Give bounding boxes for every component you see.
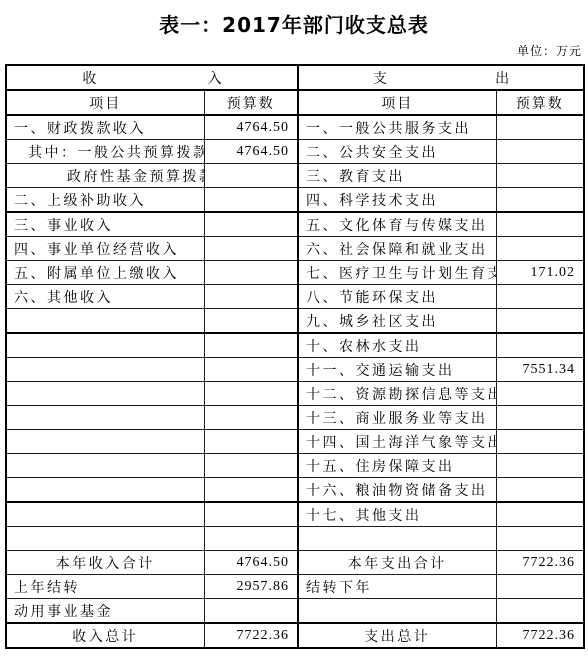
expense-item-cell: 十三、商业服务业等支出 [298, 406, 496, 430]
table-row [6, 527, 584, 551]
expense-item-header: 项目 [298, 90, 496, 115]
table-row: 收入总计7722.36支出总计7722.36 [6, 623, 584, 648]
expense-budget-cell [496, 502, 584, 527]
expense-budget-cell [496, 188, 584, 213]
income-budget-cell [204, 382, 298, 406]
expense-budget-cell: 7722.36 [496, 623, 584, 648]
table-row: 本年收入合计4764.50本年支出合计7722.36 [6, 551, 584, 575]
expense-budget-cell [496, 333, 584, 358]
income-budget-cell [204, 599, 298, 624]
income-item-cell [6, 502, 204, 527]
table-row: 十六、粮油物资储备支出 [6, 478, 584, 503]
expense-section-header: 支 出 [298, 65, 584, 90]
income-budget-cell [204, 188, 298, 213]
income-item-cell [6, 333, 204, 358]
income-budget-cell [204, 478, 298, 503]
expense-item-cell: 十五、住房保障支出 [298, 454, 496, 478]
expense-item-cell: 一、一般公共服务支出 [298, 115, 496, 140]
income-budget-cell [204, 285, 298, 309]
income-item-cell [6, 430, 204, 454]
table-row: 十二、资源勘探信息等支出 [6, 382, 584, 406]
column-header-row: 项目 预算数 项目 预算数 [6, 90, 584, 115]
income-item-cell [6, 382, 204, 406]
expense-budget-cell [496, 212, 584, 237]
income-item-cell: 动用事业基金 [6, 599, 204, 624]
table-row: 十、农林水支出 [6, 333, 584, 358]
expense-item-cell: 十一、交通运输支出 [298, 358, 496, 382]
section-header-row: 收 入 支 出 [6, 65, 584, 90]
expense-item-cell: 四、科学技术支出 [298, 188, 496, 213]
expense-budget-cell [496, 164, 584, 188]
table-row: 十七、其他支出 [6, 502, 584, 527]
income-item-cell: 收入总计 [6, 623, 204, 648]
income-budget-cell [204, 333, 298, 358]
budget-table: 收 入 支 出 项目 预算数 项目 预算数 一、财政拨款收入4764.50一、一… [5, 64, 585, 649]
income-budget-cell [204, 212, 298, 237]
income-item-cell: 四、事业单位经营收入 [6, 237, 204, 261]
income-budget-cell: 7722.36 [204, 623, 298, 648]
income-budget-cell [204, 454, 298, 478]
expense-budget-cell [496, 599, 584, 624]
expense-item-cell: 十四、国土海洋气象等支出 [298, 430, 496, 454]
income-item-cell: 本年收入合计 [6, 551, 204, 575]
table-row: 上年结转2957.86结转下年 [6, 575, 584, 599]
expense-budget-cell [496, 575, 584, 599]
table-row: 十三、商业服务业等支出 [6, 406, 584, 430]
income-budget-cell [204, 502, 298, 527]
income-budget-cell [204, 430, 298, 454]
expense-budget-cell [496, 115, 584, 140]
income-budget-cell [204, 527, 298, 551]
expense-budget-cell: 171.02 [496, 261, 584, 285]
income-section-header: 收 入 [6, 65, 298, 90]
expense-header-char-1: 支 [373, 68, 387, 88]
income-budget-cell: 4764.50 [204, 140, 298, 164]
income-item-header: 项目 [6, 90, 204, 115]
income-budget-header: 预算数 [204, 90, 298, 115]
income-item-cell: 其中：一般公共预算拨款 [6, 140, 204, 164]
income-item-cell [6, 478, 204, 503]
expense-budget-cell [496, 285, 584, 309]
income-budget-cell [204, 358, 298, 382]
table-row: 五、附属单位上缴收入七、医疗卫生与计划生育支出171.02 [6, 261, 584, 285]
expense-item-cell: 二、公共安全支出 [298, 140, 496, 164]
income-budget-cell: 2957.86 [204, 575, 298, 599]
income-item-cell [6, 454, 204, 478]
income-item-cell [6, 309, 204, 334]
page-title: 表一：2017年部门收支总表 [0, 9, 588, 38]
table-row: 政府性基金预算拨款三、教育支出 [6, 164, 584, 188]
income-budget-cell: 4764.50 [204, 551, 298, 575]
table-row: 十一、交通运输支出7551.34 [6, 358, 584, 382]
income-budget-cell [204, 406, 298, 430]
income-item-cell [6, 527, 204, 551]
expense-budget-cell [496, 478, 584, 503]
expense-item-cell: 三、教育支出 [298, 164, 496, 188]
expense-budget-cell [496, 237, 584, 261]
table-row: 二、上级补助收入四、科学技术支出 [6, 188, 584, 213]
budget-report-page: 表一：2017年部门收支总表 单位：万元 收 入 支 出 [0, 0, 588, 656]
expense-budget-header: 预算数 [496, 90, 584, 115]
income-budget-cell: 4764.50 [204, 115, 298, 140]
income-item-cell: 二、上级补助收入 [6, 188, 204, 213]
expense-budget-cell [496, 309, 584, 334]
table-row: 六、其他收入八、节能环保支出 [6, 285, 584, 309]
table-row: 动用事业基金 [6, 599, 584, 624]
table-row: 十四、国土海洋气象等支出 [6, 430, 584, 454]
expense-header-char-2: 出 [495, 68, 509, 88]
table-row: 九、城乡社区支出 [6, 309, 584, 334]
expense-item-cell: 十六、粮油物资储备支出 [298, 478, 496, 503]
table-row: 三、事业收入五、文化体育与传媒支出 [6, 212, 584, 237]
expense-item-cell: 十二、资源勘探信息等支出 [298, 382, 496, 406]
table-row: 一、财政拨款收入4764.50一、一般公共服务支出 [6, 115, 584, 140]
income-item-cell: 上年结转 [6, 575, 204, 599]
income-budget-cell [204, 237, 298, 261]
expense-item-cell: 九、城乡社区支出 [298, 309, 496, 334]
expense-item-cell: 十七、其他支出 [298, 502, 496, 527]
expense-item-cell: 五、文化体育与传媒支出 [298, 212, 496, 237]
expense-item-cell: 结转下年 [298, 575, 496, 599]
expense-budget-cell [496, 382, 584, 406]
expense-budget-cell [496, 406, 584, 430]
expense-item-cell: 十、农林水支出 [298, 333, 496, 358]
income-budget-cell [204, 164, 298, 188]
income-budget-cell [204, 309, 298, 334]
expense-item-cell: 六、社会保障和就业支出 [298, 237, 496, 261]
income-item-cell: 六、其他收入 [6, 285, 204, 309]
expense-item-cell [298, 599, 496, 624]
expense-item-cell: 七、医疗卫生与计划生育支出 [298, 261, 496, 285]
income-item-cell: 五、附属单位上缴收入 [6, 261, 204, 285]
table-row: 四、事业单位经营收入六、社会保障和就业支出 [6, 237, 584, 261]
unit-label: 单位：万元 [517, 42, 582, 59]
income-item-cell: 三、事业收入 [6, 212, 204, 237]
income-item-cell: 政府性基金预算拨款 [6, 164, 204, 188]
expense-item-cell: 本年支出合计 [298, 551, 496, 575]
income-item-cell [6, 406, 204, 430]
expense-budget-cell: 7722.36 [496, 551, 584, 575]
income-header-char-1: 收 [82, 68, 96, 88]
expense-budget-cell [496, 140, 584, 164]
income-budget-cell [204, 261, 298, 285]
income-item-cell: 一、财政拨款收入 [6, 115, 204, 140]
expense-budget-cell [496, 430, 584, 454]
expense-budget-cell [496, 454, 584, 478]
income-header-char-2: 入 [208, 68, 222, 88]
expense-item-cell: 八、节能环保支出 [298, 285, 496, 309]
table-row: 十五、住房保障支出 [6, 454, 584, 478]
expense-budget-cell [496, 527, 584, 551]
table-row: 其中：一般公共预算拨款4764.50二、公共安全支出 [6, 140, 584, 164]
expense-item-cell [298, 527, 496, 551]
expense-budget-cell: 7551.34 [496, 358, 584, 382]
income-item-cell [6, 358, 204, 382]
expense-item-cell: 支出总计 [298, 623, 496, 648]
